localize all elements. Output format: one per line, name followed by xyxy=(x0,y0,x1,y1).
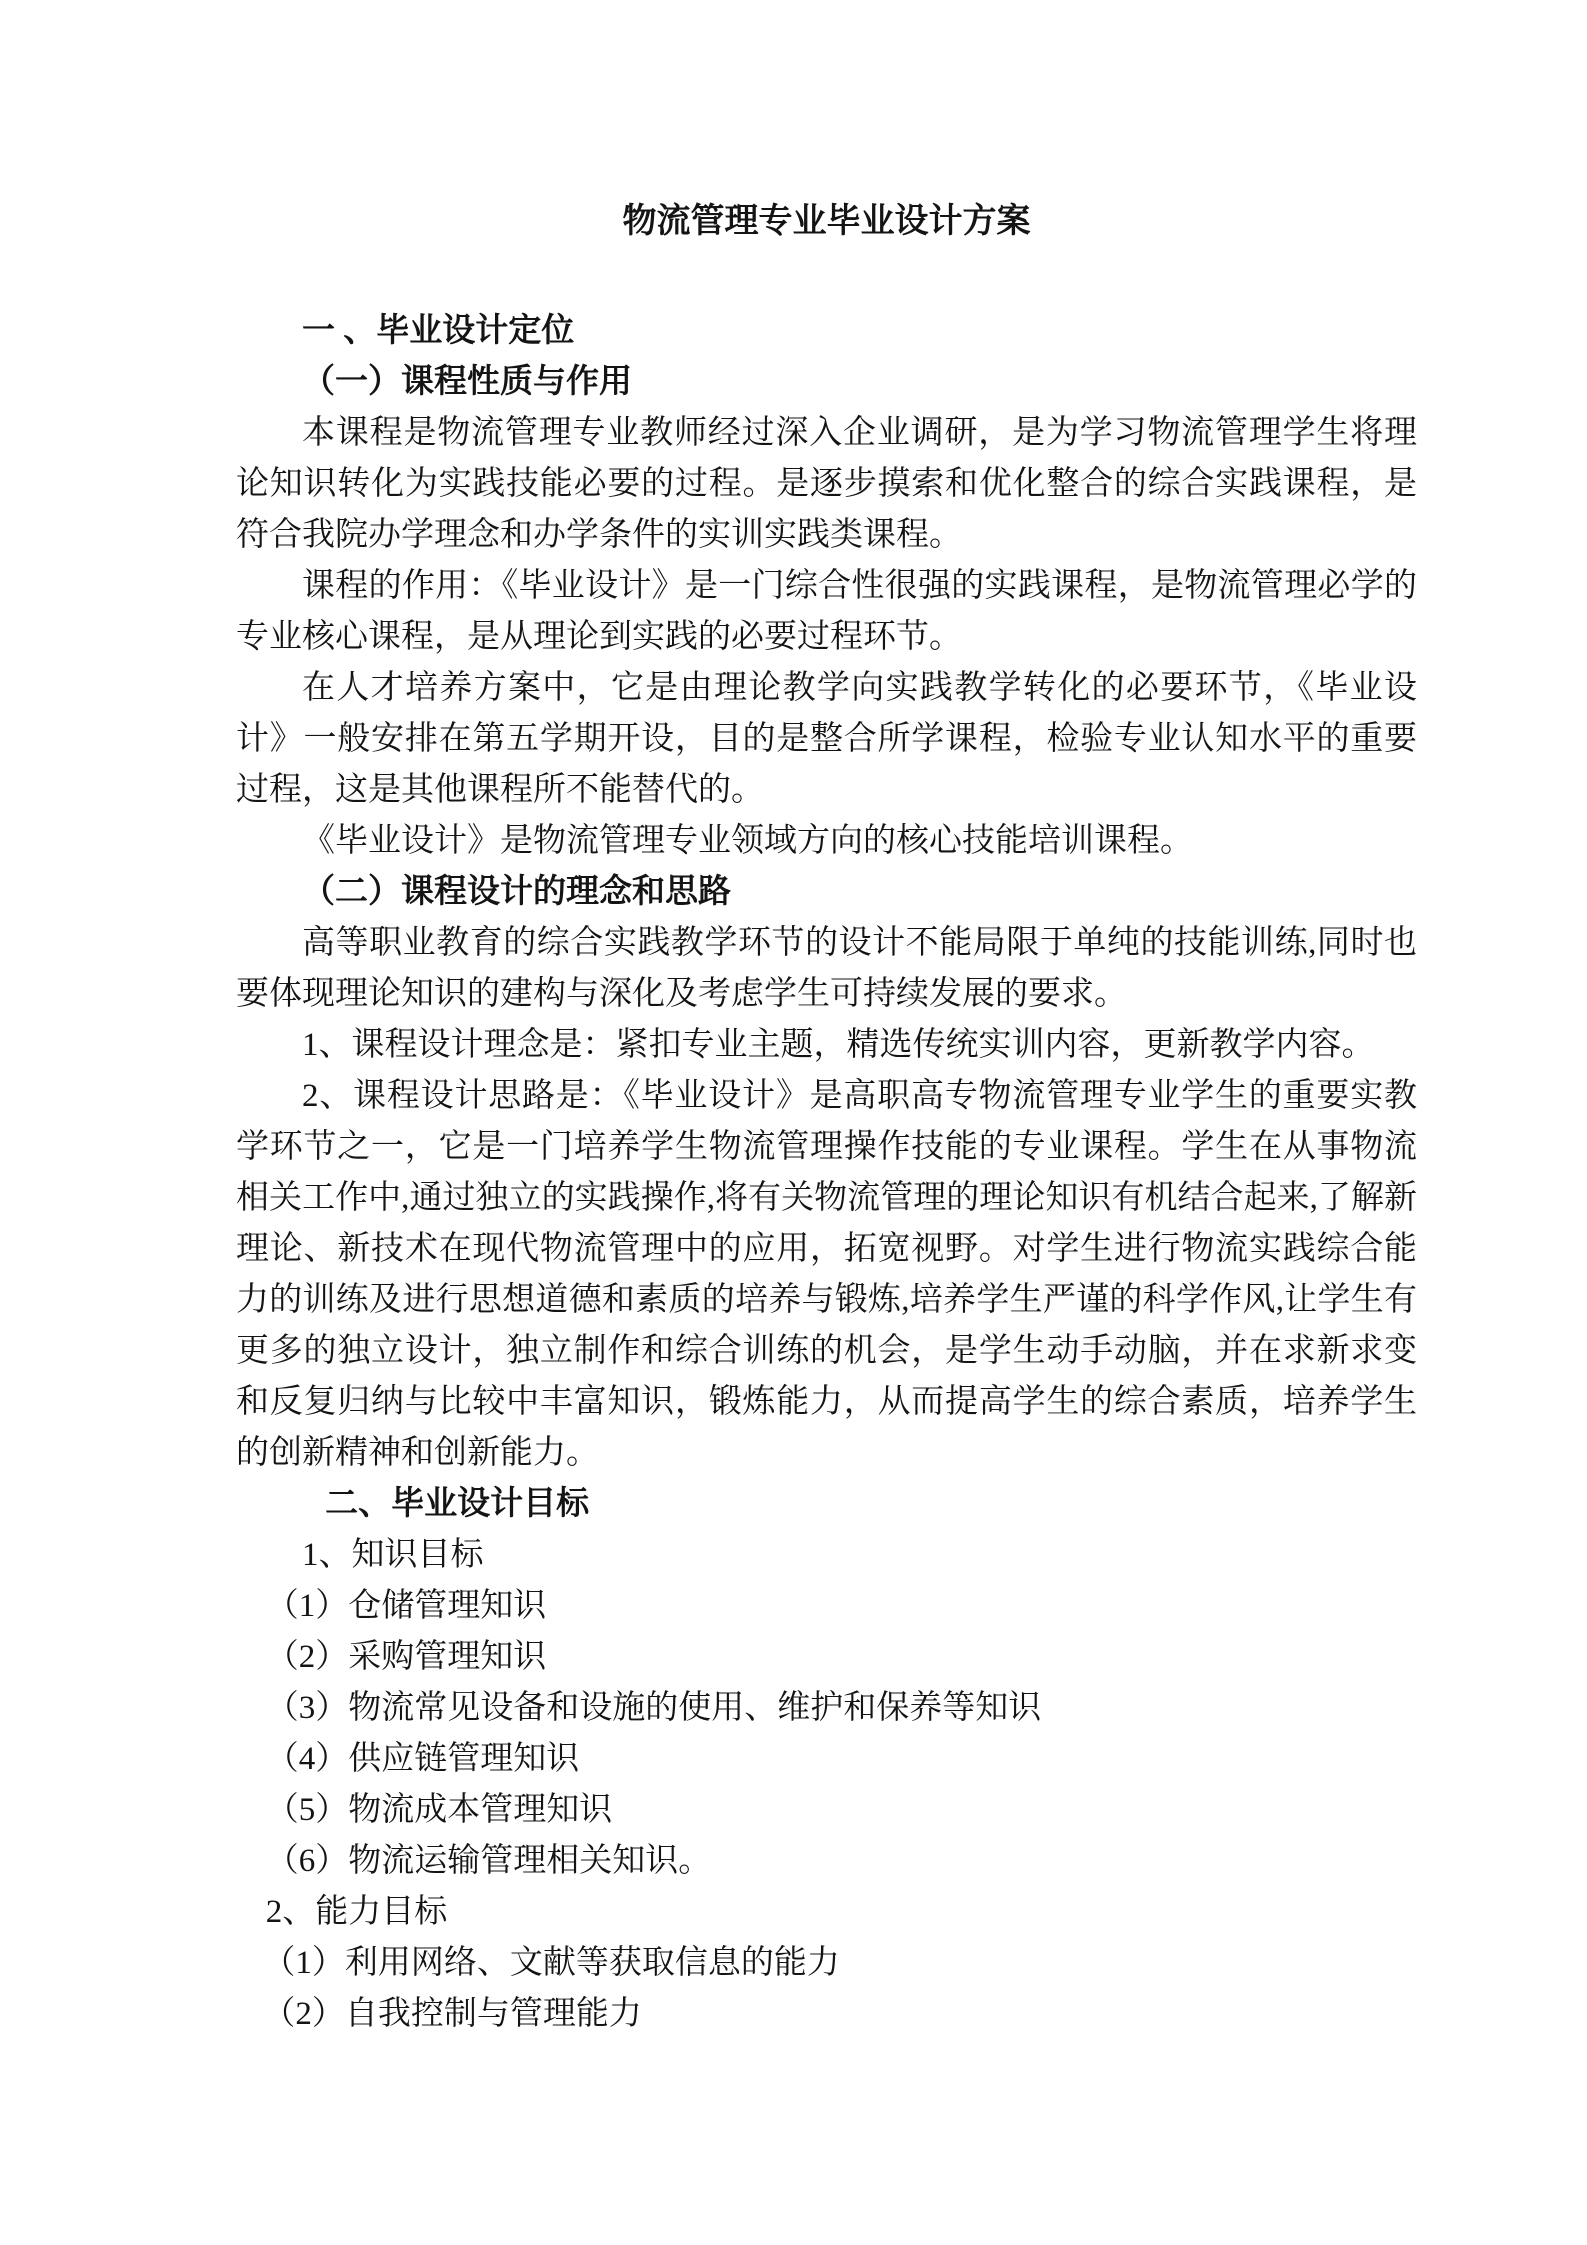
ability-goal-item-1: （1）利用网络、文献等获取信息的能力 xyxy=(236,1938,1417,1989)
knowledge-goal-item-5: （5）物流成本管理知识 xyxy=(236,1785,1417,1836)
paragraph-course-nature-3: 在人才培养方案中，它是由理论教学向实践教学转化的必要环节，《毕业设计》一般安排在… xyxy=(236,663,1417,816)
subsection-1-1-heading: （一）课程性质与作用 xyxy=(236,357,1417,408)
section-1-heading: 一 、毕业设计定位 xyxy=(236,306,1417,357)
knowledge-goals-heading: 1、知识目标 xyxy=(236,1530,1417,1581)
paragraph-course-nature-2: 课程的作用：《毕业设计》是一门综合性很强的实践课程，是物流管理必学的专业核心课程… xyxy=(236,561,1417,663)
knowledge-goal-item-1: （1）仓储管理知识 xyxy=(236,1581,1417,1632)
paragraph-design-idea-3: 2、课程设计思路是：《毕业设计》是高职高专物流管理专业学生的重要实教学环节之一，… xyxy=(236,1071,1417,1479)
document-page: 物流管理专业毕业设计方案 一 、毕业设计定位 （一）课程性质与作用 本课程是物流… xyxy=(0,0,1587,2245)
ability-goals-heading: 2、能力目标 xyxy=(236,1887,1417,1938)
ability-goal-item-2: （2）自我控制与管理能力 xyxy=(236,1989,1417,2040)
knowledge-goal-item-6: （6）物流运输管理相关知识。 xyxy=(236,1836,1417,1887)
paragraph-course-nature-4: 《毕业设计》是物流管理专业领域方向的核心技能培训课程。 xyxy=(236,816,1417,867)
subsection-1-2-heading: （二）课程设计的理念和思路 xyxy=(236,867,1417,918)
knowledge-goal-item-2: （2）采购管理知识 xyxy=(236,1632,1417,1683)
knowledge-goal-item-4: （4）供应链管理知识 xyxy=(236,1734,1417,1785)
paragraph-course-nature-1: 本课程是物流管理专业教师经过深入企业调研，是为学习物流管理学生将理论知识转化为实… xyxy=(236,408,1417,561)
section-2-heading: 二、毕业设计目标 xyxy=(236,1479,1417,1530)
paragraph-design-idea-2: 1、课程设计理念是：紧扣专业主题，精选传统实训内容，更新教学内容。 xyxy=(236,1020,1417,1071)
document-title: 物流管理专业毕业设计方案 xyxy=(236,196,1417,247)
paragraph-design-idea-1: 高等职业教育的综合实践教学环节的设计不能局限于单纯的技能训练,同时也要体现理论知… xyxy=(236,918,1417,1020)
knowledge-goal-item-3: （3）物流常见设备和设施的使用、维护和保养等知识 xyxy=(236,1683,1417,1734)
